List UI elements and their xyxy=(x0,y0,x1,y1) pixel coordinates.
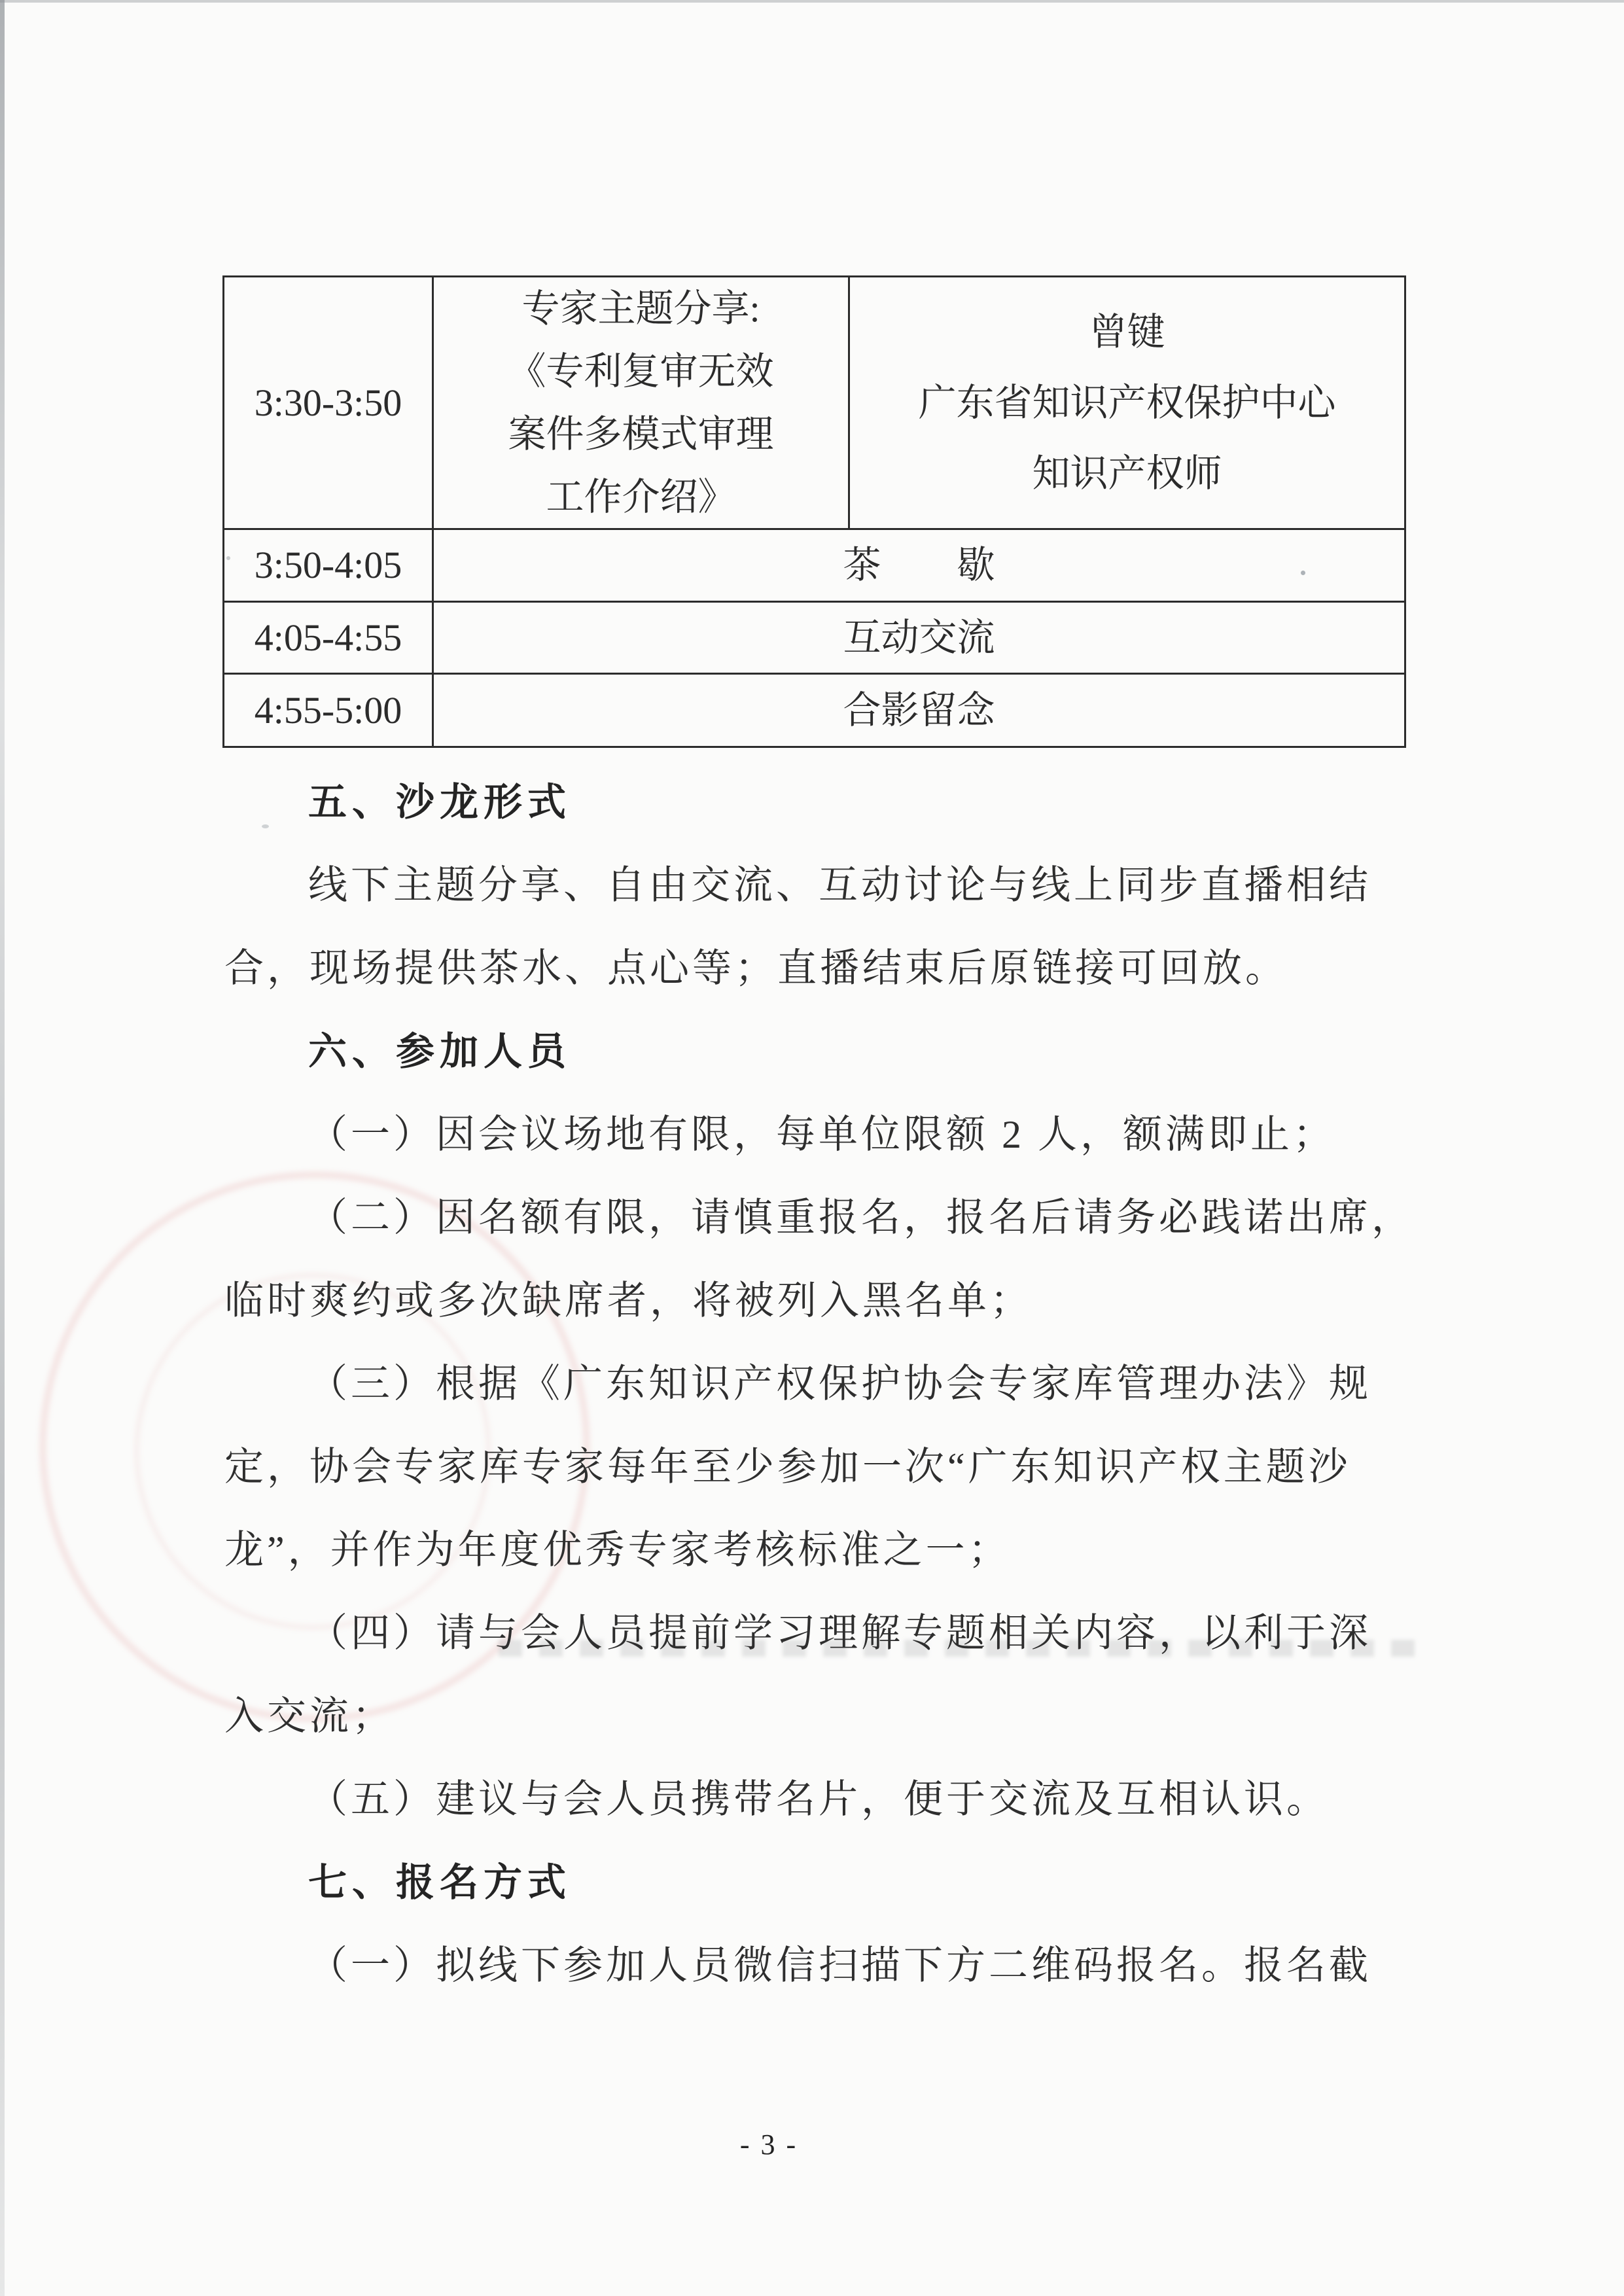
schedule-table: 3:30-3:50 专家主题分享: 《专利复审无效 案件多模式审理 工作介绍》 … xyxy=(222,275,1406,748)
merged-activity-cell: 茶 歇 xyxy=(434,530,1404,603)
text-line: （三）根据《广东知识产权保护协会专家库管理办法》规 xyxy=(224,1343,1418,1426)
text-line: （四）请与会人员提前学习理解专题相关内容，以利于深 xyxy=(224,1592,1418,1675)
page-number: - 3 - xyxy=(0,2128,1538,2161)
speaker-cell: 曾键 广东省知识产权保护中心 知识产权师 xyxy=(850,277,1404,530)
time-cell: 3:50-4:05 xyxy=(224,530,434,603)
topic-line: 专家主题分享: xyxy=(521,277,760,340)
merged-activity-cell: 互动交流 xyxy=(434,603,1404,675)
activity-label: 合影留念 xyxy=(843,692,995,730)
text-line: 合，现场提供茶水、点心等；直播结束后原链接可回放。 xyxy=(224,927,1418,1010)
text-line: 龙”，并作为年度优秀专家考核标准之一； xyxy=(224,1509,1418,1592)
topic-line: 案件多模式审理 xyxy=(508,403,773,466)
scan-edge-artifact xyxy=(0,0,1624,3)
text-line: （二）因名额有限，请慎重报名，报名后请务必践诺出席， xyxy=(224,1176,1418,1260)
time-cell: 4:05-4:55 xyxy=(224,603,434,675)
speaker-title: 知识产权师 xyxy=(1032,438,1222,509)
section-heading-6: 六、参加人员 xyxy=(224,1010,1418,1093)
scan-edge-artifact xyxy=(0,0,5,2296)
text-line: （一）因会议场地有限，每单位限额 2 人，额满即止； xyxy=(224,1093,1418,1176)
time-label: 3:30-3:50 xyxy=(255,384,402,422)
text-line: （五）建议与会人员携带名片，便于交流及互相认识。 xyxy=(224,1758,1418,1841)
topic-line: 《专利复审无效 xyxy=(508,340,773,403)
speaker-org: 广东省知识产权保护中心 xyxy=(918,368,1335,438)
topic-cell: 专家主题分享: 《专利复审无效 案件多模式审理 工作介绍》 xyxy=(434,277,850,530)
section-heading-7: 七、报名方式 xyxy=(224,1841,1418,1924)
section-heading-5: 五、沙龙形式 xyxy=(224,761,1418,844)
text-line: （一）拟线下参加人员微信扫描下方二维码报名。报名截 xyxy=(224,1924,1418,2007)
text-line: 临时爽约或多次缺席者，将被列入黑名单； xyxy=(224,1260,1418,1343)
time-label: 3:50-4:05 xyxy=(255,546,402,584)
text-line: 定，协会专家库专家每年至少参加一次“广东知识产权主题沙 xyxy=(224,1426,1418,1509)
speaker-name: 曾键 xyxy=(1089,297,1165,368)
body-text: 五、沙龙形式 线下主题分享、自由交流、互动讨论与线上同步直播相结 合，现场提供茶… xyxy=(224,761,1418,2007)
merged-activity-cell: 合影留念 xyxy=(434,675,1404,747)
activity-label: 茶 歇 xyxy=(843,546,995,584)
time-label: 4:05-4:55 xyxy=(255,619,402,657)
activity-label: 互动交流 xyxy=(843,619,995,657)
text-line: 线下主题分享、自由交流、互动讨论与线上同步直播相结 xyxy=(224,844,1418,927)
time-cell: 3:30-3:50 xyxy=(224,277,434,530)
time-label: 4:55-5:00 xyxy=(255,692,402,730)
time-cell: 4:55-5:00 xyxy=(224,675,434,747)
document-page: 3:30-3:50 专家主题分享: 《专利复审无效 案件多模式审理 工作介绍》 … xyxy=(0,0,1624,2296)
topic-line: 工作介绍》 xyxy=(546,466,735,529)
text-line: 入交流； xyxy=(224,1675,1418,1758)
